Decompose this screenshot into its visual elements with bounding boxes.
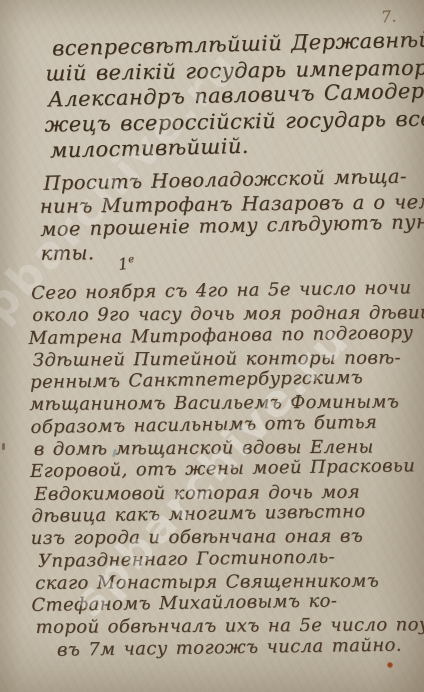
petition-paragraph: Проситъ Новоладожской мѣща- нинъ Митрофа… xyxy=(39,166,412,265)
heading-paragraph: всепресвѣтлѣйшiй Державнѣй- шiй велiкiй … xyxy=(45,29,419,163)
body-line: реннымъ Санктпетербургскимъ xyxy=(30,367,408,395)
section-suffix: е xyxy=(128,254,135,266)
body-line: образомъ насильнымъ отъ битья xyxy=(30,411,408,439)
body-line: въ 7м часу тогожъ числа тайно. xyxy=(57,634,411,662)
manuscript-page: 7. всепресвѣтлѣйшiй Державнѣй- шiй велiк… xyxy=(0,0,424,692)
petition-line: кты. xyxy=(40,237,412,265)
page-number: 7. xyxy=(380,6,397,26)
body-line: Егоровой, отъ жены моей Прасковьи xyxy=(30,456,409,484)
body-line: Матрена Митрофанова по подговору xyxy=(28,322,407,350)
body-line: Упраздненнаго Гостинополь- xyxy=(38,545,410,573)
body-paragraph: Сего ноября съ 4го на 5е число ночи окол… xyxy=(29,279,411,662)
body-line: Сего ноября съ 4го на 5е число ночи xyxy=(31,277,407,305)
red-ink-stain xyxy=(387,662,393,668)
edge-speck xyxy=(2,443,5,450)
section-marker: 1е xyxy=(117,253,136,274)
body-line: дѣвица какъ многимъ извѣстно xyxy=(31,500,409,528)
body-line: Стефаномъ Михайловымъ ко- xyxy=(31,590,410,618)
